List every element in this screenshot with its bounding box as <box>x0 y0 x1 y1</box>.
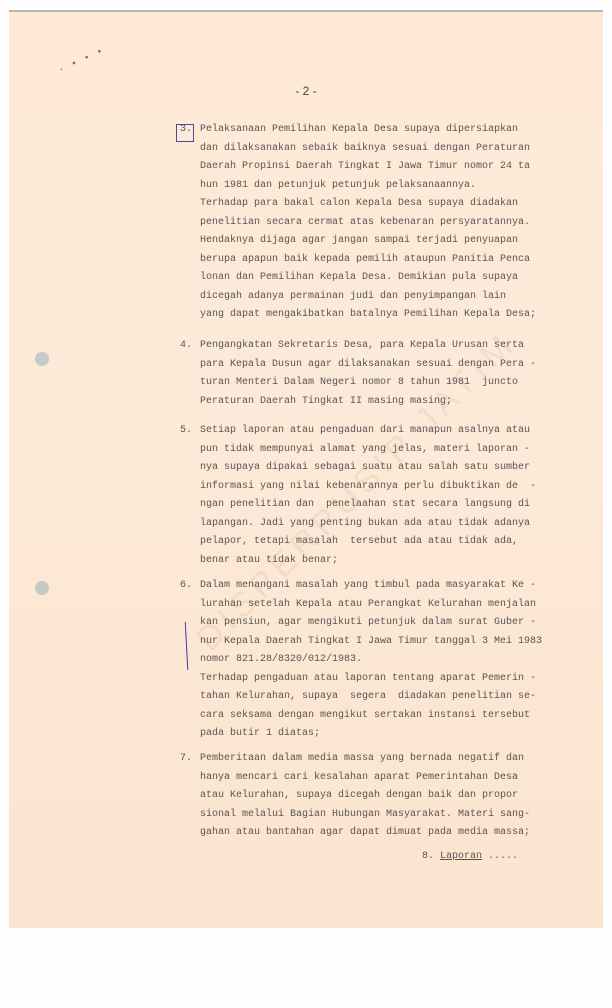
list-item-6: 6. Dalam menangani masalah yang timbul p… <box>180 577 540 744</box>
list-item-5: 5. Setiap laporan atau pengaduan dari ma… <box>180 422 540 570</box>
text-line: hun 1981 dan petunjuk petunjuk pelaksana… <box>180 177 540 196</box>
text-line: pun tidak mempunyai alamat yang jelas, m… <box>180 441 540 460</box>
text-line: Dalam menangani masalah yang timbul pada… <box>180 577 540 596</box>
text-line: Setiap laporan atau pengaduan dari manap… <box>180 422 540 441</box>
text-line: atau Kelurahan, supaya dicegah dengan ba… <box>180 787 540 806</box>
text-line: benar atau tidak benar; <box>180 552 540 571</box>
text-line: hanya mencari cari kesalahan aparat Peme… <box>180 769 540 788</box>
list-item-3: 3. Pelaksanaan Pemilihan Kepala Desa sup… <box>180 121 540 325</box>
list-item-7: 7. Pemberitaan dalam media massa yang be… <box>180 750 540 843</box>
text-line: sional melalui Bagian Hubungan Masyaraka… <box>180 806 540 825</box>
item-number: 4. <box>180 337 192 356</box>
text-line: Terhadap para bakal calon Kepala Desa su… <box>180 195 540 214</box>
text-line: Hendaknya dijaga agar jangan sampai terj… <box>180 232 540 251</box>
text-line: yang dapat mengakibatkan batalnya Pemili… <box>180 306 540 325</box>
text-line: dicegah adanya permainan judi dan penyim… <box>180 288 540 307</box>
text-line: cara seksama dengan mengikut sertakan in… <box>180 707 540 726</box>
text-line: nomor 821.28/8320/012/1983. <box>180 651 540 670</box>
text-line: kan pensiun, agar mengikuti petunjuk dal… <box>180 614 540 633</box>
text-line: berupa apapun baik kepada pemilih ataupu… <box>180 251 540 270</box>
text-line: lapangan. Jadi yang penting bukan ada at… <box>180 515 540 534</box>
text-line: lonan dan Pemilihan Kepala Desa. Demikia… <box>180 269 540 288</box>
text-line: gahan atau bantahan agar dapat dimuat pa… <box>180 824 540 843</box>
list-item-4: 4. Pengangkatan Sekretaris Desa, para Ke… <box>180 337 540 411</box>
text-line: turan Menteri Dalam Negeri nomor 8 tahun… <box>180 374 540 393</box>
text-line: pelapor, tetapi masalah tersebut ada ata… <box>180 533 540 552</box>
text-line: informasi yang nilai kebenarannya perlu … <box>180 478 540 497</box>
text-line: Pemberitaan dalam media massa yang berna… <box>180 750 540 769</box>
text-line: Peraturan Daerah Tingkat II masing masin… <box>180 393 540 412</box>
text-line: para Kepala Dusun agar dilaksanakan sesu… <box>180 356 540 375</box>
punch-hole-icon <box>35 581 49 595</box>
text-line: Daerah Propinsi Daerah Tingkat I Jawa Ti… <box>180 158 540 177</box>
continuation-catchword: 8. Laporan ..... <box>422 851 518 862</box>
next-item-number: 8. <box>422 851 434 862</box>
pencil-mark: · • • • <box>57 46 106 77</box>
text-line: Pelaksanaan Pemilihan Kepala Desa supaya… <box>180 121 540 140</box>
item-number: 6. <box>180 577 192 596</box>
text-line: ngan penelitian dan penelaahan stat seca… <box>180 496 540 515</box>
next-item-word: Laporan <box>440 851 482 862</box>
text-line: tahan Kelurahan, supaya segera diadakan … <box>180 688 540 707</box>
text-line: penelitian secara cermat atas kebenaran … <box>180 214 540 233</box>
text-line: nya supaya dipakai sebagai suatu atau sa… <box>180 459 540 478</box>
page-number: - 2 - <box>9 84 603 98</box>
text-line: nur Kepala Daerah Tingkat I Jawa Timur t… <box>180 633 540 652</box>
text-line: dan dilaksanakan sebaik baiknya sesuai d… <box>180 140 540 159</box>
item-number: 7. <box>180 750 192 769</box>
text-line: pada butir 1 diatas; <box>180 725 540 744</box>
item-number: 3. <box>180 121 192 140</box>
item-number: 5. <box>180 422 192 441</box>
punch-hole-icon <box>35 352 49 366</box>
text-line: Pengangkatan Sekretaris Desa, para Kepal… <box>180 337 540 356</box>
text-line: lurahan setelah Kepala atau Perangkat Ke… <box>180 596 540 615</box>
continuation-dots: ..... <box>482 851 518 862</box>
text-line: Terhadap pengaduan atau laporan tentang … <box>180 670 540 689</box>
